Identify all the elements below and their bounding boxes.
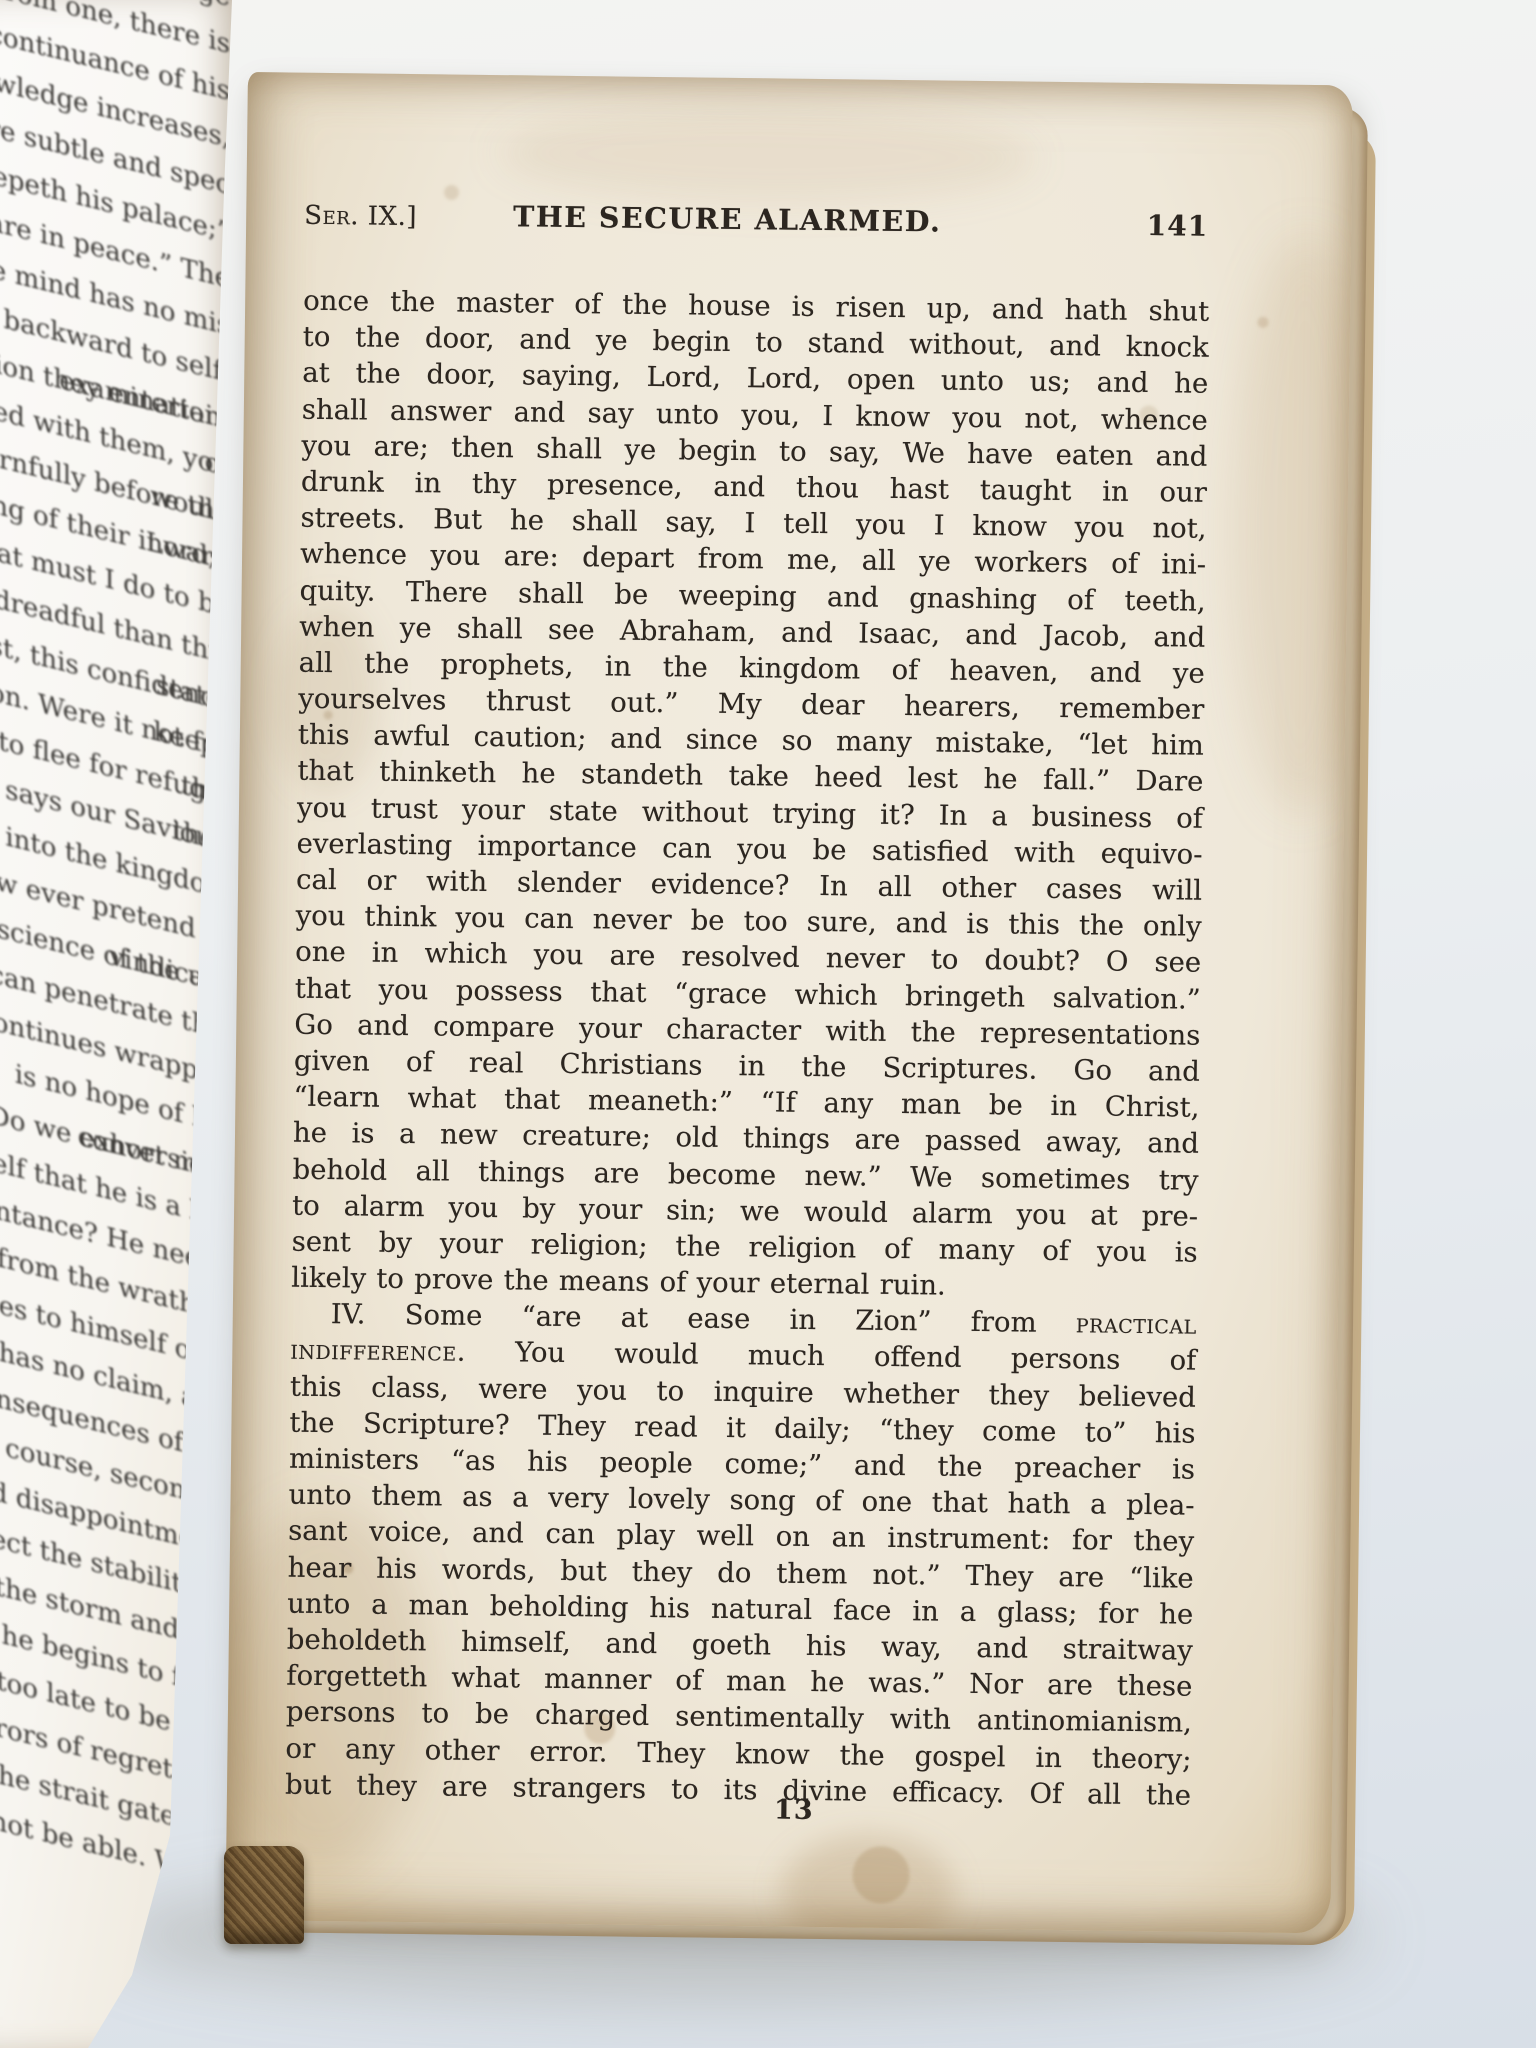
sermon-number: Ser. IX.] [304,201,417,232]
right-page-141: Ser. IX.] THE SECURE ALARMED. 141 once t… [225,72,1352,1933]
page-title: THE SECURE ALARMED. [513,199,942,238]
page-number: 141 [1147,209,1209,243]
photo-of-open-book: { "colors": { "backdrop_top": "#f4f4f2",… [0,0,1536,2048]
left-page-text-column: pon, that they of these refugefrom one, … [0,0,230,1902]
left-facing-page: pon, that they of these refugefrom one, … [0,0,242,2048]
body-text-column: once the master of the house is risen up… [285,283,1210,1814]
spine-cloth-binding [224,1846,304,1944]
